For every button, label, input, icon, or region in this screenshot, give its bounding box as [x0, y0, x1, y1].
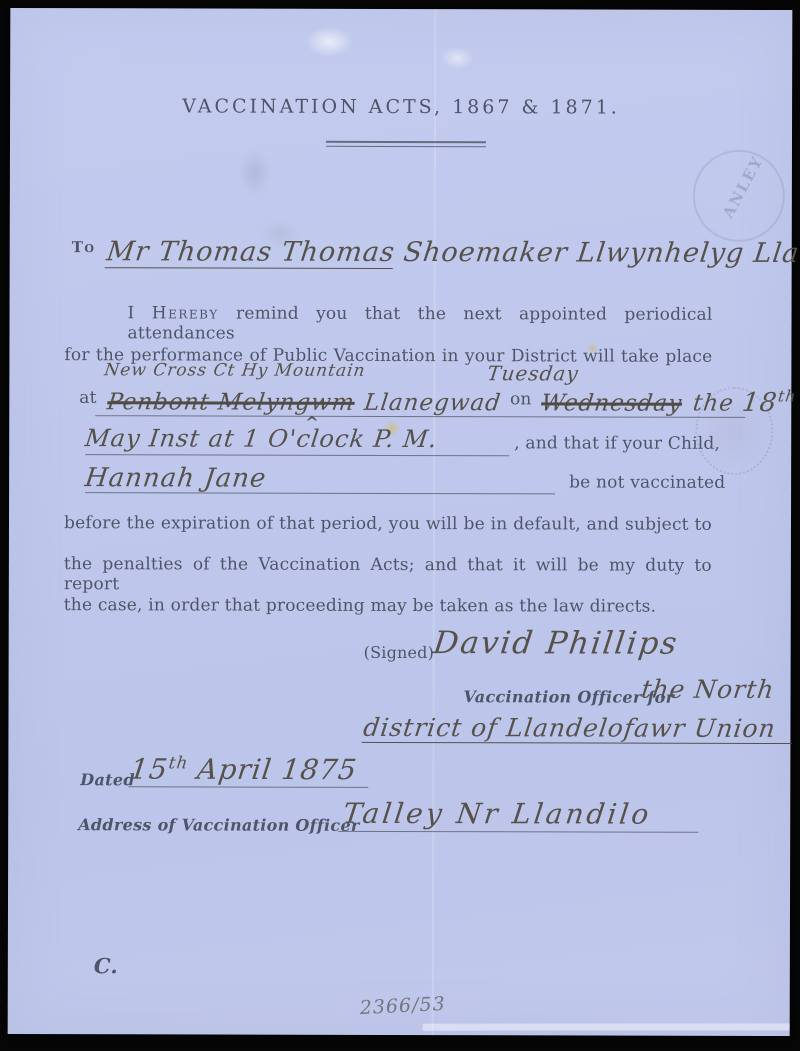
to-label: To	[72, 238, 96, 256]
day-suffix: th	[777, 387, 798, 405]
body-line-3: before the expiration of that period, yo…	[64, 513, 712, 535]
body-line-4: the penalties of the Vaccination Acts; a…	[64, 554, 712, 596]
body-line-5: the case, in order that proceeding may b…	[64, 595, 712, 617]
place-insertion: New Cross Ct Hy Mountain	[103, 360, 367, 381]
signed-label: (Signed)	[364, 643, 434, 662]
body-word: I	[128, 303, 135, 323]
address-label: Address of Vaccination Officer	[78, 815, 360, 835]
recipient-name: Mr Thomas Thomas	[105, 236, 397, 269]
ruled-line	[338, 805, 698, 833]
ruled-line	[85, 466, 555, 494]
ruled-line	[128, 760, 368, 788]
vaccinated-clause: be not vaccinated	[569, 472, 725, 492]
ruled-line	[95, 389, 745, 418]
postmark-text: ANLEY	[719, 153, 767, 221]
dated-label: Dated	[80, 770, 135, 789]
recipient-line: To Mr Thomas Thomas Shoemaker Llwynhelyg…	[72, 236, 800, 270]
body-word-hereby: Hereby	[152, 303, 219, 323]
footer-mark: C.	[94, 953, 118, 978]
form-title: VACCINATION ACTS, 1867 & 1871.	[10, 95, 792, 119]
district-entry: district of Llandelofawr Union	[362, 713, 796, 744]
day-number: 18th	[741, 388, 798, 418]
signature: David Phillips	[431, 625, 680, 662]
smudge-mark	[238, 149, 272, 197]
ruled-line	[85, 428, 509, 456]
tape-mark	[440, 47, 474, 69]
weekday-insertion: Tuesday	[486, 361, 580, 385]
postmark-stamp: ANLEY	[693, 150, 785, 242]
officer-region: the North	[640, 675, 777, 704]
archive-number: 2366/53	[359, 993, 446, 1019]
at-label: at	[79, 388, 96, 408]
document-paper: ANLEY VACCINATION ACTS, 1867 & 1871. To …	[8, 8, 793, 1036]
title-rule	[326, 141, 486, 147]
child-clause: , and that if your Child,	[514, 433, 720, 454]
body-line-1: I Hereby remind you that the next appoin…	[127, 303, 712, 345]
recipient-description: Shoemaker Llwynhelyg Llanegwad	[402, 237, 800, 269]
paper-edge-tear	[423, 1023, 790, 1030]
tape-mark	[305, 27, 353, 57]
